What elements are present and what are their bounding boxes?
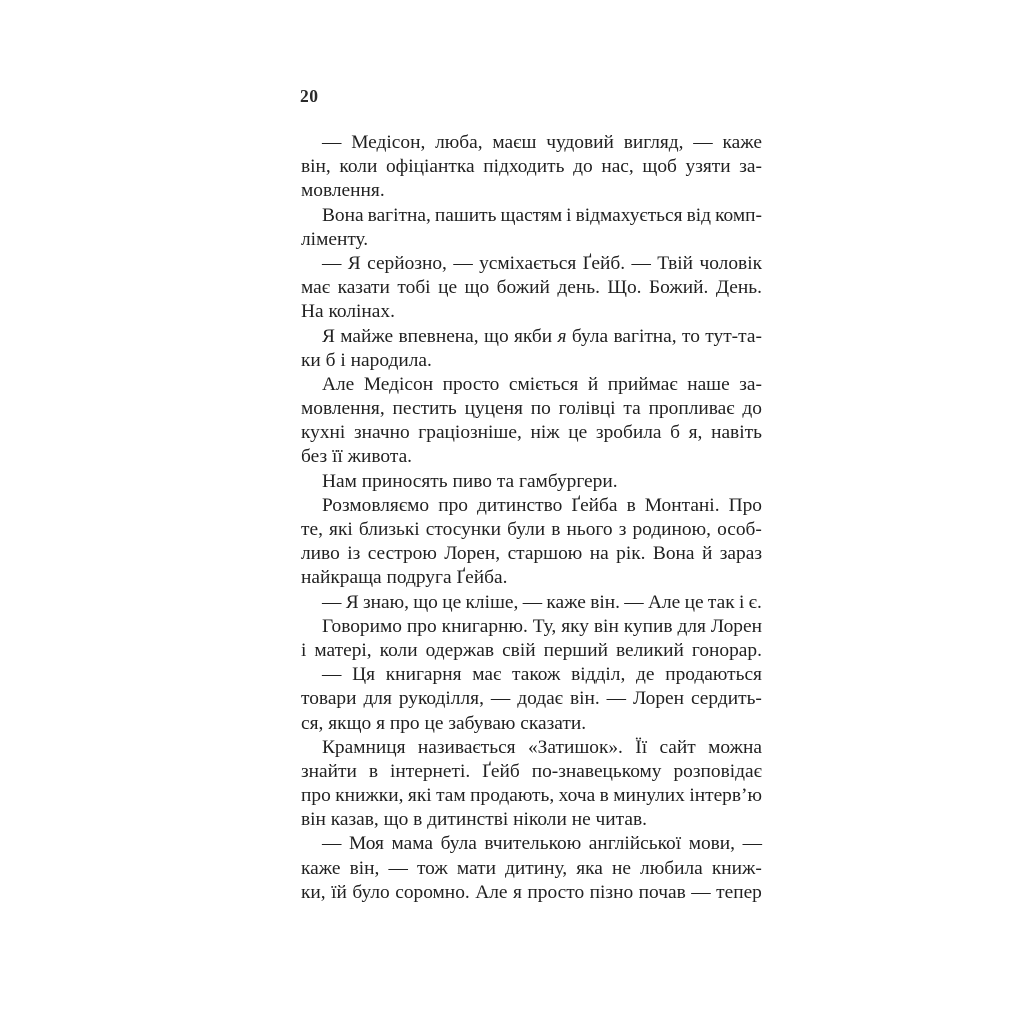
- text-line: він казав, що в дитинстві ніколи не чита…: [301, 808, 762, 832]
- text-line: — Моя мама була вчителькою англійської м…: [301, 832, 762, 856]
- text-line: ліменту.: [301, 228, 762, 252]
- text-line: каже він, — тож мати дитину, яка не люби…: [301, 857, 762, 881]
- text-line: товари для рукоділля, — додає він. — Лор…: [301, 687, 762, 711]
- text-line: і матері, коли одержав свій перший велик…: [301, 639, 762, 663]
- text-line: кухні значно граціозніше, ніж це зробила…: [301, 421, 762, 445]
- text-line: Розмовляємо про дитинство Ґейба в Монтан…: [301, 494, 762, 518]
- book-page: 20 — Медісон, люба, маєш чудовий вигляд,…: [0, 0, 1024, 1024]
- text-line: ки, їй було соромно. Але я просто пізно …: [301, 881, 762, 905]
- text-line: — Медісон, люба, маєш чудовий вигляд, — …: [301, 131, 762, 155]
- text-line: Нам приносять пиво та гамбургери.: [301, 470, 762, 494]
- text-line: — Я знаю, що це кліше, — каже він. — Але…: [301, 591, 762, 615]
- text-line: Крамниця називається «Затишок». Її сайт …: [301, 736, 762, 760]
- text-line: ся, якщо я про це забуваю сказати.: [301, 712, 762, 736]
- text-line: — Ця книгарня має також відділ, де прода…: [301, 663, 762, 687]
- text-line: Я майже впевнена, що якби я була вагітна…: [301, 325, 762, 349]
- text-line: — Я серйозно, — усміхається Ґейб. — Твій…: [301, 252, 762, 276]
- text-line: мовлення.: [301, 179, 762, 203]
- text-line: На колінах.: [301, 300, 762, 324]
- page-number: 20: [300, 86, 319, 107]
- text-line: те, які близькі стосунки були в нього з …: [301, 518, 762, 542]
- text-line: Вона вагітна, пашить щастям і відмахуєть…: [301, 204, 762, 228]
- text-line: ки б і народила.: [301, 349, 762, 373]
- text-line: Говоримо про книгарню. Ту, яку він купив…: [301, 615, 762, 639]
- text-line: Але Медісон просто сміється й приймає на…: [301, 373, 762, 397]
- text-line: знайти в інтернеті. Ґейб по-знавецькому …: [301, 760, 762, 784]
- text-line: без її живота.: [301, 445, 762, 469]
- text-line: ливо із сестрою Лорен, старшою на рік. В…: [301, 542, 762, 566]
- text-line: мовлення, пестить цуценя по голівці та п…: [301, 397, 762, 421]
- text-line: найкраща подруга Ґейба.: [301, 566, 762, 590]
- text-line: має казати тобі це що божий день. Що. Бо…: [301, 276, 762, 300]
- text-line: про книжки, які там продають, хоча в мин…: [301, 784, 762, 808]
- body-text: — Медісон, люба, маєш чудовий вигляд, — …: [301, 131, 762, 905]
- text-line: він, коли офіціантка підходить до нас, щ…: [301, 155, 762, 179]
